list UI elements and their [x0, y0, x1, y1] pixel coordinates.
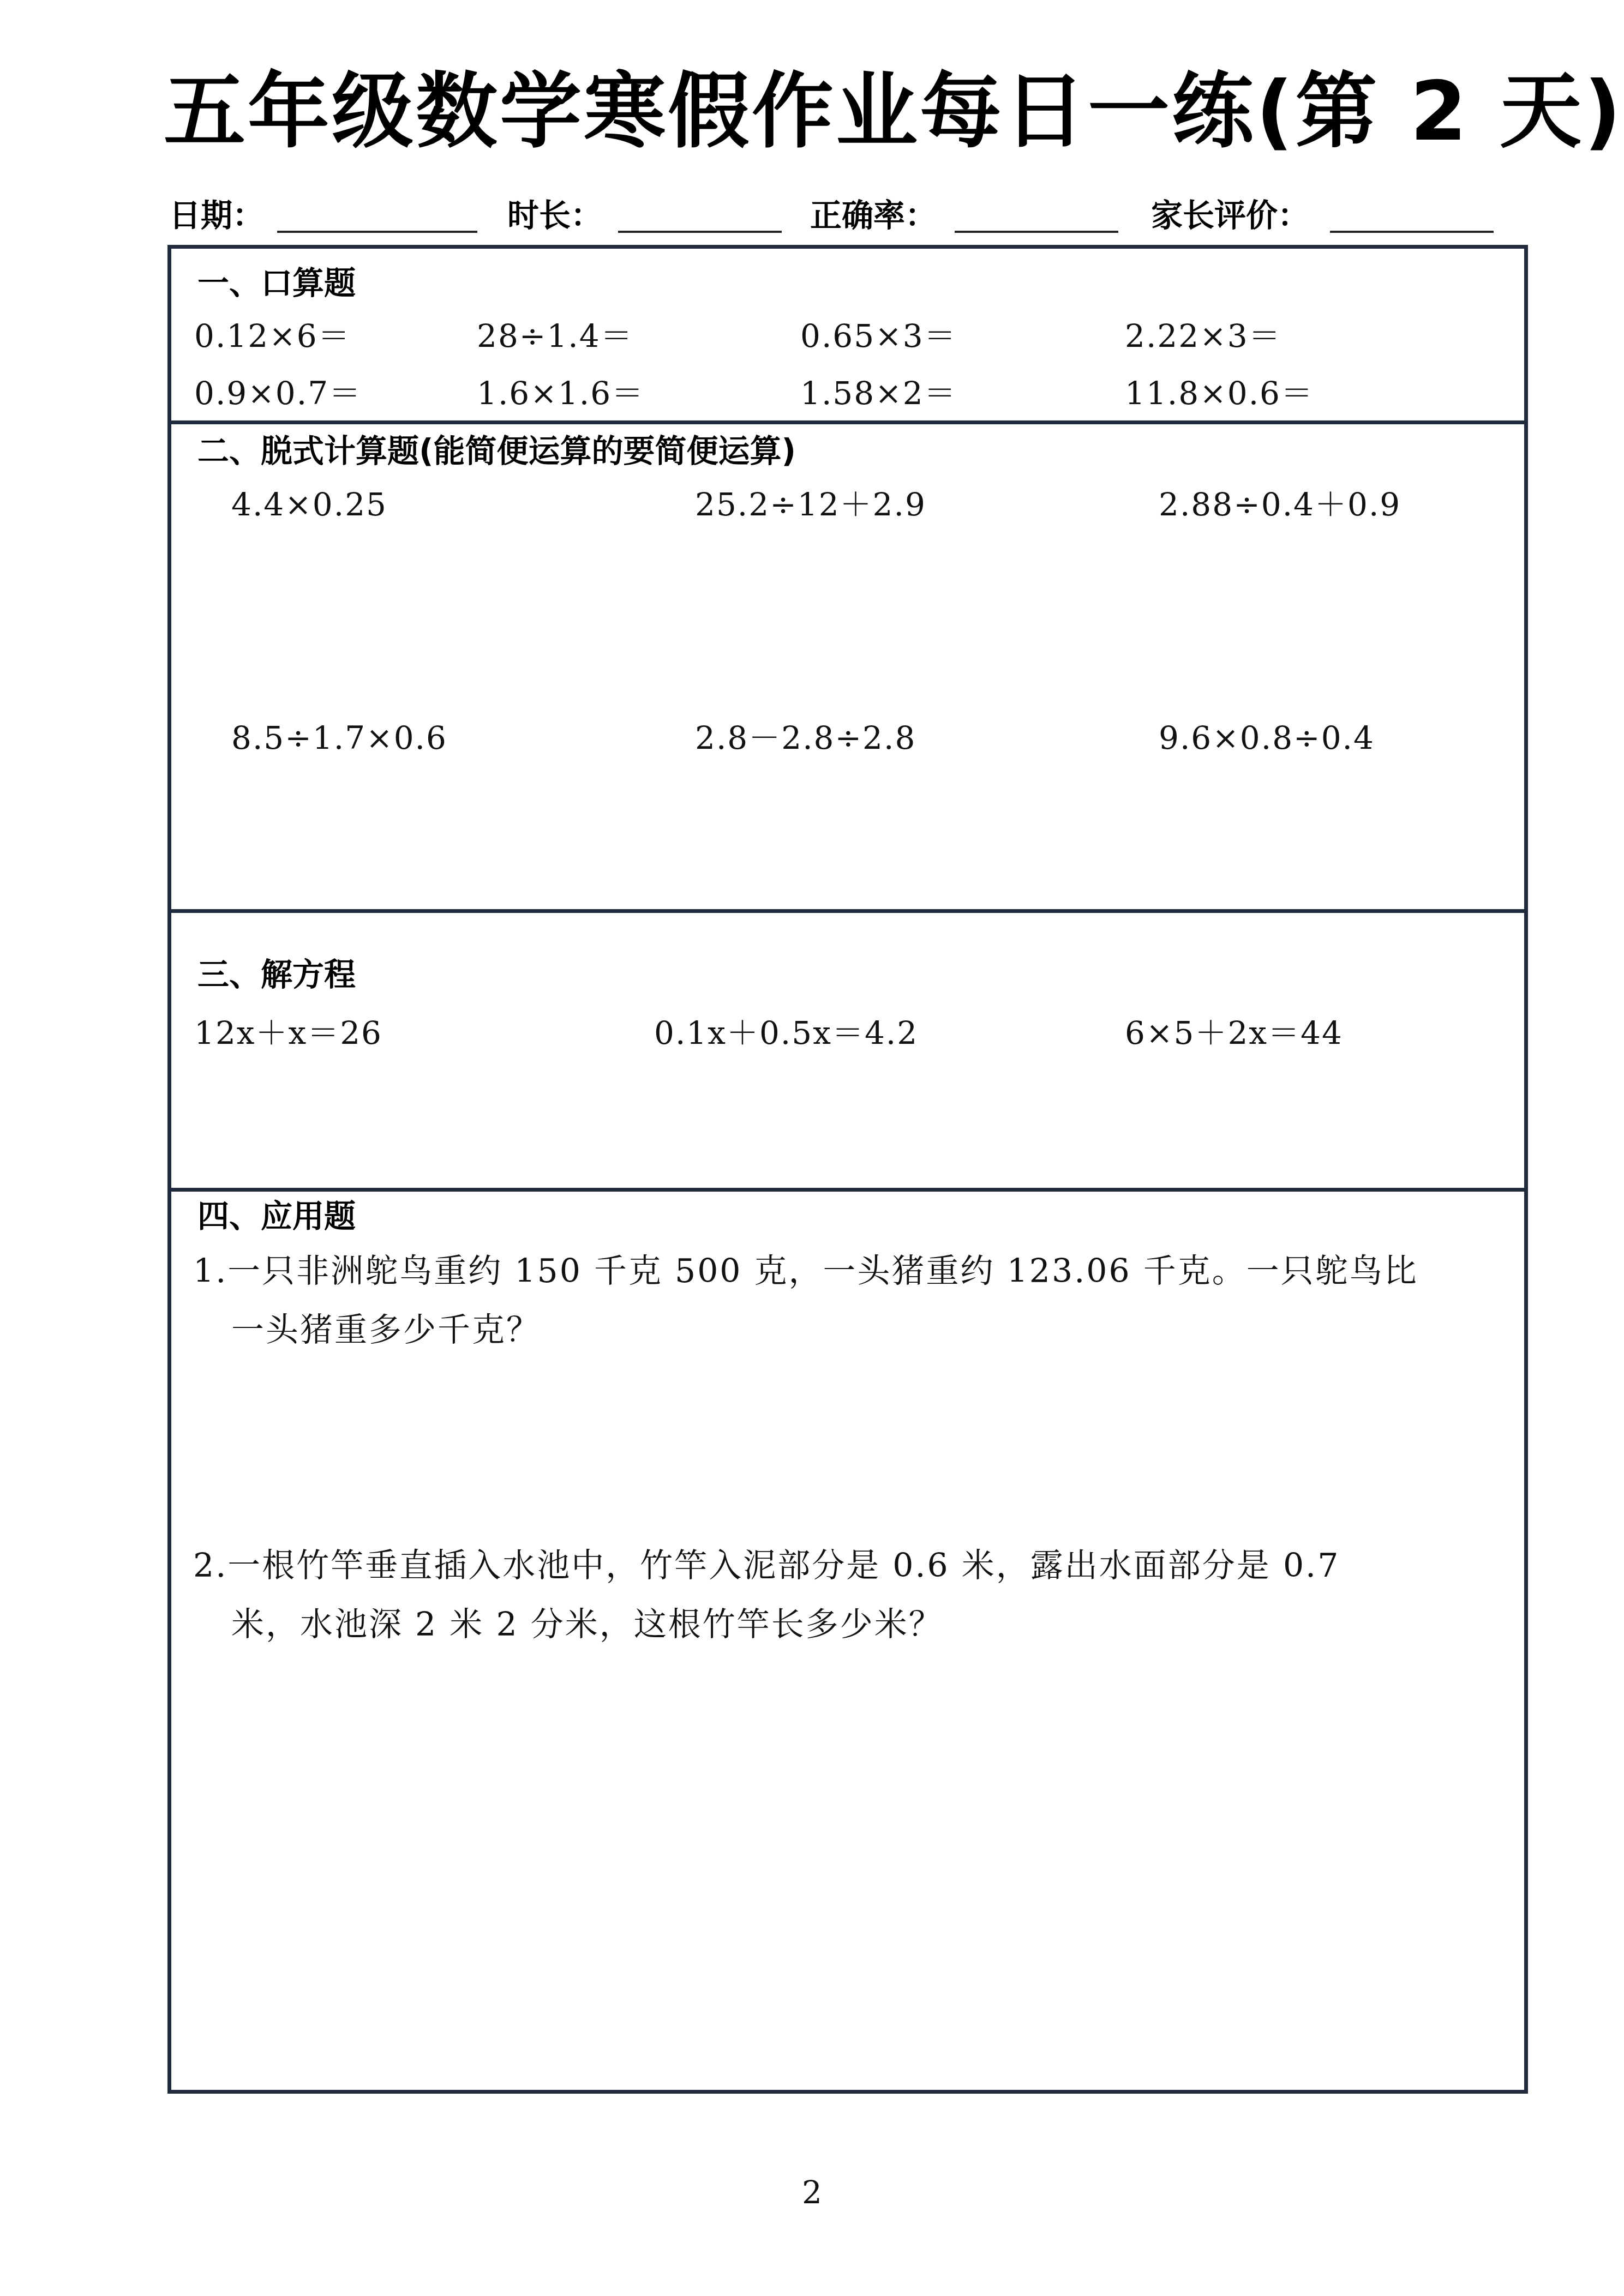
oral-item: 2.22×3＝ — [1125, 317, 1281, 355]
duration-label: 时长： — [507, 194, 602, 237]
section-oral-calc: 一、口算题 0.12×6＝ 28÷1.4＝ 0.65×3＝ 2.22×3＝ 0.… — [171, 249, 1524, 420]
parent-review-blank[interactable] — [1330, 231, 1494, 233]
section-divider — [171, 909, 1524, 913]
word-problem-line: 米，水池深 2 米 2 分米，这根竹竿长多少米？ — [193, 1595, 1340, 1654]
date-field[interactable]: 日期： — [169, 188, 486, 237]
duration-blank[interactable] — [618, 231, 782, 233]
parent-review-field[interactable]: 家长评价： — [1151, 188, 1624, 237]
oral-item: 1.58×2＝ — [800, 374, 957, 412]
section-heading: 二、脱式计算题(能简便运算的要简便运算) — [197, 432, 796, 470]
oral-item: 0.65×3＝ — [800, 317, 957, 355]
step-calc-item: 25.2÷12＋2.9 — [695, 485, 926, 524]
oral-item: 0.9×0.7＝ — [194, 374, 362, 412]
section-heading: 三、解方程 — [197, 955, 356, 994]
accuracy-label: 正确率： — [810, 194, 937, 237]
section-divider — [171, 1188, 1524, 1192]
date-label: 日期： — [169, 194, 264, 237]
oral-item: 1.6×1.6＝ — [477, 374, 644, 412]
accuracy-blank[interactable] — [955, 231, 1118, 233]
step-calc-item: 8.5÷1.7×0.6 — [231, 719, 447, 757]
date-blank[interactable] — [277, 231, 477, 233]
section-equations: 三、解方程 12x＋x＝26 0.1x＋0.5x＝4.2 6×5＋2x＝44 — [171, 913, 1524, 1188]
oral-item: 28÷1.4＝ — [477, 317, 633, 355]
header-fields: 日期： 时长： 正确率： 家长评价： — [169, 188, 1533, 237]
parent-review-label: 家长评价： — [1151, 194, 1309, 237]
oral-item: 0.12×6＝ — [194, 317, 351, 355]
section-heading: 四、应用题 — [197, 1197, 356, 1235]
section-heading: 一、口算题 — [197, 264, 356, 302]
section-step-calc: 二、脱式计算题(能简便运算的要简便运算) 4.4×0.25 25.2÷12＋2.… — [171, 424, 1524, 909]
equation-item: 12x＋x＝26 — [194, 1014, 382, 1052]
word-problem-line: 2.一根竹竿垂直插入水池中，竹竿入泥部分是 0.6 米，露出水面部分是 0.7 — [193, 1547, 1340, 1585]
page-title: 五年级数学寒假作业每日一练(第 2 天) — [164, 57, 1527, 166]
step-calc-item: 2.88÷0.4＋0.9 — [1159, 485, 1401, 524]
worksheet-box: 一、口算题 0.12×6＝ 28÷1.4＝ 0.65×3＝ 2.22×3＝ 0.… — [167, 245, 1528, 2094]
section-divider — [171, 420, 1524, 424]
word-problem-2: 2.一根竹竿垂直插入水池中，竹竿入泥部分是 0.6 米，露出水面部分是 0.7 … — [193, 1536, 1340, 1654]
page-number: 2 — [0, 2173, 1624, 2211]
word-problem-line: 一头猪重多少千克？ — [193, 1301, 1418, 1360]
section-word-problems: 四、应用题 1.一只非洲鸵鸟重约 150 千克 500 克，一头猪重约 123.… — [171, 1192, 1524, 2090]
step-calc-item: 9.6×0.8÷0.4 — [1159, 719, 1375, 757]
step-calc-item: 4.4×0.25 — [231, 485, 387, 524]
equation-item: 0.1x＋0.5x＝4.2 — [654, 1014, 918, 1052]
equation-item: 6×5＋2x＝44 — [1125, 1014, 1343, 1052]
word-problem-line: 1.一只非洲鸵鸟重约 150 千克 500 克，一头猪重约 123.06 千克。… — [193, 1252, 1418, 1290]
word-problem-1: 1.一只非洲鸵鸟重约 150 千克 500 克，一头猪重约 123.06 千克。… — [193, 1242, 1418, 1360]
step-calc-item: 2.8－2.8÷2.8 — [695, 719, 916, 757]
oral-item: 11.8×0.6＝ — [1125, 374, 1314, 412]
